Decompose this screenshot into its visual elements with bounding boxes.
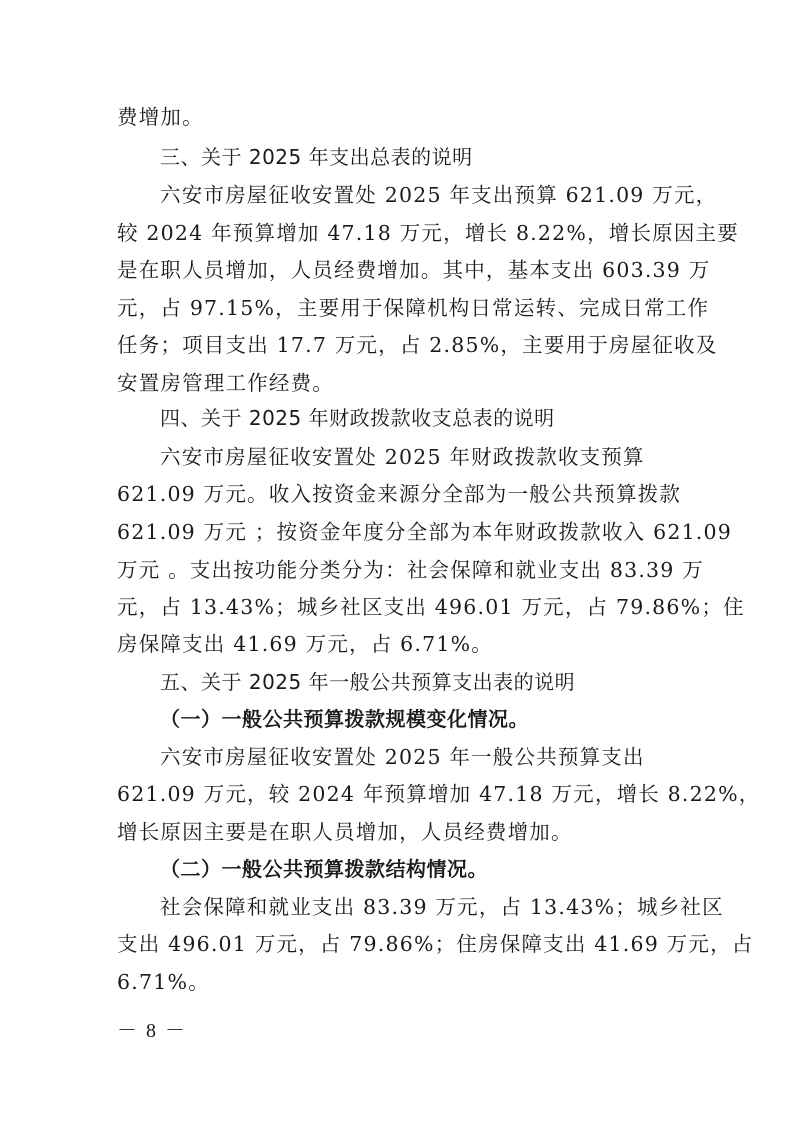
paragraph-line: 621.09 万元，较 2024 年预算增加 47.18 万元，增长 8.22%…	[117, 780, 665, 808]
section-heading-4: 四、关于 2025 年财政拨款收支总表的说明	[160, 404, 710, 432]
paragraph-line: 社会保障和就业支出 83.39 万元，占 13.43%；城乡社区	[160, 893, 665, 921]
paragraph-line: 是在职人员增加，人员经费增加。其中，基本支出 603.39 万	[117, 256, 665, 284]
paragraph-line: 元，占 13.43%；城乡社区支出 496.01 万元，占 79.86%；住	[117, 593, 665, 621]
paragraph-line: 六安市房屋征收安置处 2025 年财政拨款收支预算	[160, 443, 710, 471]
paragraph-line: 621.09 万元 ；按资金年度分全部为本年财政拨款收入 621.09	[117, 518, 665, 546]
section-heading-5: 五、关于 2025 年一般公共预算支出表的说明	[160, 668, 710, 696]
paragraph-line: 元，占 97.15%，主要用于保障机构日常运转、完成日常工作	[117, 294, 665, 322]
paragraph-line: 较 2024 年预算增加 47.18 万元，增长 8.22%，增长原因主要	[117, 219, 665, 247]
paragraph-line: 安置房管理工作经费。	[117, 369, 667, 397]
page-number: － 8 －	[117, 1017, 187, 1045]
document-page: 费增加。 三、关于 2025 年支出总表的说明 六安市房屋征收安置处 2025 …	[0, 0, 793, 1122]
paragraph-line: 六安市房屋征收安置处 2025 年支出预算 621.09 万元，	[160, 181, 710, 209]
paragraph-line: 6.71%。	[117, 968, 667, 996]
subheading-2: （二）一般公共预算拨款结构情况。	[160, 855, 710, 883]
subheading-1: （一）一般公共预算拨款规模变化情况。	[160, 705, 710, 733]
paragraph-line: 万元 。支出按功能分类分为：社会保障和就业支出 83.39 万	[117, 556, 665, 584]
paragraph-line: 房保障支出 41.69 万元，占 6.71%。	[117, 630, 667, 658]
section-heading-3: 三、关于 2025 年支出总表的说明	[160, 143, 710, 171]
paragraph-line: 任务；项目支出 17.7 万元，占 2.85%，主要用于房屋征收及	[117, 331, 665, 359]
paragraph-line: 增长原因主要是在职人员增加，人员经费增加。	[117, 818, 667, 846]
paragraph-line: 费增加。	[117, 103, 667, 131]
paragraph-line: 支出 496.01 万元，占 79.86%；住房保障支出 41.69 万元，占	[117, 930, 665, 958]
paragraph-line: 六安市房屋征收安置处 2025 年一般公共预算支出	[160, 743, 710, 771]
paragraph-line: 621.09 万元。收入按资金来源分全部为一般公共预算拨款	[117, 480, 665, 508]
